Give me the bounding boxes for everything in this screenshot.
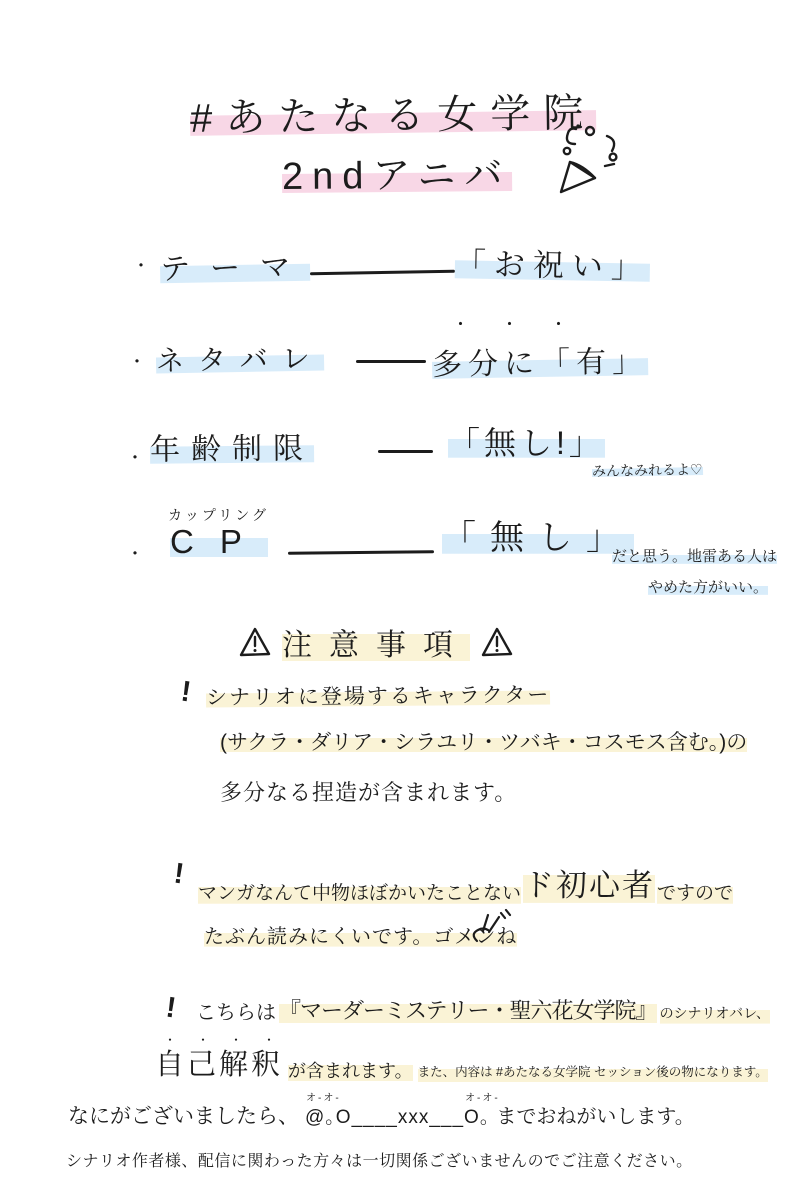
bullet-dot: ・: [126, 444, 144, 470]
notice-item3-line2-big: 自己解釈: [155, 1042, 283, 1083]
notice-item3-line1-post: のシナリオバレ、: [660, 1003, 770, 1025]
title-anniversary: 2ndアニバ: [282, 143, 512, 200]
theme-divider-line: [310, 270, 455, 276]
notice-item3-line2-mid: が含まれます。: [288, 1057, 413, 1083]
contact-handle-part2: O｡オ-オ-: [464, 1102, 490, 1129]
notice-item1-line3: 多分なる捏造が含まれます。: [220, 776, 517, 807]
exclamation-marker: !: [179, 675, 193, 709]
coupling-ruby: カップリング: [168, 505, 269, 525]
exclamation-marker: !: [172, 857, 186, 891]
notice-item3-line2-post: また、内容は #あたなる女学院 セッション後の物になります。: [418, 1062, 768, 1083]
notice-item2-line1-big: ド初心者: [523, 860, 655, 905]
notice-item3-line1-pre: こちらは: [196, 996, 276, 1025]
title-anniversary-text: 2ndアニバ: [282, 154, 512, 198]
age-limit-note: みんなみれるよ♡: [592, 459, 703, 481]
title-hashtag-text: #あたなる女学院: [190, 91, 597, 141]
footer-disclaimer: シナリオ作者様、配信に関わった方々は一切関係ございませんのでご注意ください。: [66, 1148, 693, 1171]
age-limit-divider-line: [378, 450, 433, 453]
peace-hand-icon: [470, 905, 512, 945]
contact-handle: @｡Oオ-オ- ____xxx___ O｡オ-オ-: [305, 1102, 490, 1129]
contact-handle-part1: @｡Oオ-オ-: [305, 1102, 352, 1129]
notice-item3-line1-title: 『マーダーミステリー・聖六花女学院』: [279, 994, 657, 1025]
party-popper-icon: [545, 120, 633, 200]
notice-item1-line2: (サクラ・ダリア・シラユリ・ツバキ・コスモス含む。)の: [220, 726, 747, 756]
spoiler-divider-line: [356, 360, 426, 363]
theme-label: テーマ: [160, 242, 311, 289]
furigana: オ-オ-: [306, 1089, 341, 1104]
age-limit-label: 年齢制限: [150, 423, 314, 468]
spoiler-label: ネタバレ: [156, 337, 324, 380]
coupling-value: 「無し」: [442, 510, 634, 559]
coupling-label: CP: [170, 523, 268, 561]
notice-item3-line2: 自己解釈 が含まれます。 また、内容は #あたなる女学院 セッション後の物になり…: [155, 1042, 768, 1083]
notice-header: 注意事項: [238, 620, 514, 664]
notice-item1-line1: シナリオに登場するキャラクター: [206, 678, 551, 711]
title-hashtag: #あたなる女学院: [190, 81, 597, 144]
contact-handle-mid: ____xxx___: [352, 1107, 464, 1129]
bullet-dot: ・: [132, 252, 150, 278]
bullet-dot: ・: [128, 348, 146, 374]
emphasis-dots: ・・・: [452, 310, 599, 335]
spoiler-value: 多分に「有」: [432, 336, 649, 384]
footer-contact-pre: なにがございましたら、: [68, 1100, 299, 1130]
footer-contact-line: なにがございましたら、 @｡Oオ-オ- ____xxx___ O｡オ-オ- まで…: [68, 1100, 695, 1130]
coupling-note-2: やめた方がいい。: [648, 576, 768, 597]
furigana: オ-オ-: [465, 1089, 500, 1104]
notice-item2-line1-pre: マンガなんて中物ほぼかいたことない: [198, 878, 521, 905]
coupling-divider-line: [288, 550, 434, 555]
bullet-dot: ・: [126, 540, 144, 566]
age-limit-value: 「無し!」: [448, 418, 605, 464]
warning-triangle-icon: [480, 626, 514, 658]
notice-item2-line1-post: ですので: [657, 878, 733, 905]
handwritten-notice-page: #あたなる女学院 2ndアニバ ・ テーマ 「お祝い」 ・ ネタバレ ・・・ 多…: [0, 0, 799, 1183]
footer-contact-post: までおねがいします。: [496, 1100, 694, 1129]
notice-header-text: 注意事項: [282, 620, 470, 664]
warning-triangle-icon: [238, 626, 272, 658]
theme-value: 「お祝い」: [455, 238, 651, 286]
notice-item2-line1: マンガなんて中物ほぼかいたことない ド初心者 ですので: [198, 860, 733, 905]
coupling-note: だと思う。地雷ある人は: [612, 545, 777, 566]
exclamation-marker: !: [164, 991, 178, 1025]
notice-item3-line1: こちらは 『マーダーミステリー・聖六花女学院』 のシナリオバレ、: [196, 994, 770, 1025]
